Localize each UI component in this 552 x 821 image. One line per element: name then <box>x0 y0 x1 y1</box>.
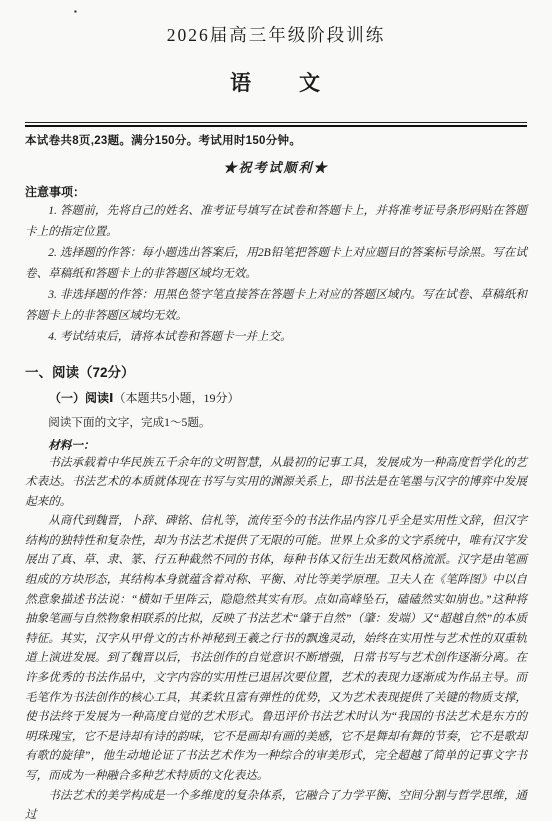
notice-item: 2. 选择题的作答：每小题选出答案后，用2B铅笔把答题卡上对应题目的答案标号涂黑… <box>25 243 527 284</box>
notices-heading: 注意事项： <box>25 183 527 200</box>
exam-title: 2026届高三年级阶段训练 <box>25 22 527 47</box>
subsection-points: （本题共5小题，19分） <box>113 391 239 405</box>
part-one-title: 一、阅读（72分） <box>25 361 527 381</box>
notice-item: 3. 非选择题的作答：用黑色签字笔直接答在答题卡上对应的答题区域内。写在试卷、草… <box>25 285 527 326</box>
good-luck-banner: ★祝考试顺利★ <box>25 157 527 176</box>
notices-list: 1. 答题前，先将自己的姓名、准考证号填写在试卷和答题卡上，并将准考证号条形码贴… <box>25 201 527 348</box>
stray-scan-mark: ▪ <box>74 7 77 16</box>
subsection-prefix: （一） <box>49 391 85 405</box>
header-divider-rule <box>25 122 527 127</box>
exam-subject: 语 文 <box>25 67 527 97</box>
passage-paragraph: 书法承载着中华民族五千余年的文明智慧，从最初的记事工具，发展成为一种高度哲学化的… <box>25 453 527 512</box>
passage-paragraph: 书法艺术的美学构成是一个多维度的复杂体系，它融合了力学平衡、空间分割与哲学思维，… <box>25 786 527 821</box>
material-one-label: 材料一： <box>25 437 527 453</box>
notice-item: 4. 考试结束后，请将本试卷和答题卡一并上交。 <box>25 327 527 348</box>
passage-paragraph: 从商代到魏晋，卜辞、碑铭、信札等，流传至今的书法作品内容几乎全是实用性文辞，但汉… <box>25 511 527 785</box>
reading-instruction: 阅读下面的文字，完成1～5题。 <box>25 414 527 430</box>
passage-material-one: 书法承载着中华民族五千余年的文明智慧，从最初的记事工具，发展成为一种高度哲学化的… <box>25 453 527 821</box>
exam-info-line: 本试卷共8页,23题。满分150分。考试用时150分钟。 <box>25 132 527 148</box>
subsection-name: 阅读Ⅰ <box>85 391 113 405</box>
exam-paper-page: ▪ 2026届高三年级阶段训练 语 文 本试卷共8页,23题。满分150分。考试… <box>0 0 552 821</box>
notice-item: 1. 答题前，先将自己的姓名、准考证号填写在试卷和答题卡上，并将准考证号条形码贴… <box>25 201 527 242</box>
subsection-title: （一）阅读Ⅰ（本题共5小题，19分） <box>25 389 527 406</box>
